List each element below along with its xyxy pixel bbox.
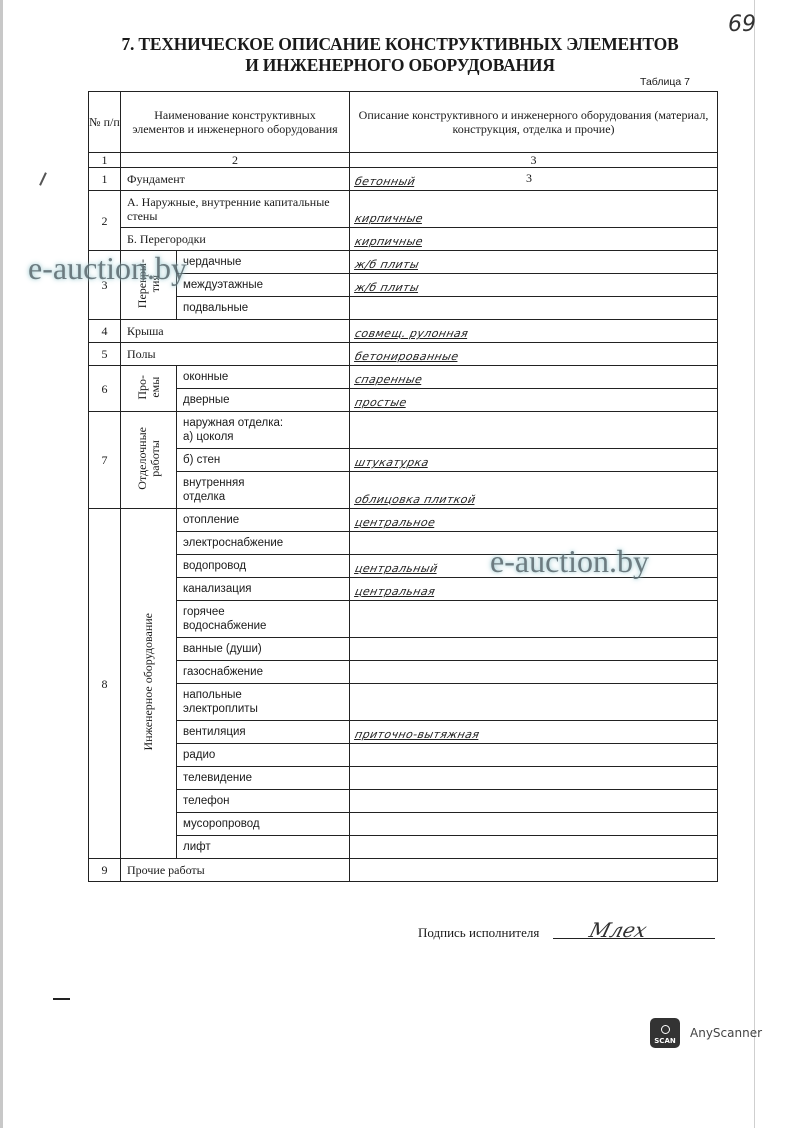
table-row: дверные простые (89, 389, 718, 412)
table-row: внутренняя отделка облицовка плиткой (89, 472, 718, 509)
row-value: спаренные (350, 366, 718, 389)
table-row: Б. Перегородки кирпичные (89, 228, 718, 251)
row-value (350, 744, 718, 767)
header-num: № п/п (89, 92, 121, 153)
handwritten-value: бетонный (354, 175, 417, 189)
table-row: горячее водоснабжение (89, 601, 718, 638)
handwritten-value: ж/б плиты (354, 258, 421, 272)
page-number: 69 (728, 12, 756, 37)
scanner-logo-icon: SCAN (650, 1018, 680, 1048)
document-title: 7. ТЕХНИЧЕСКОЕ ОПИСАНИЕ КОНСТРУКТИВНЫХ Э… (100, 34, 700, 76)
row-name: междуэтажные (177, 274, 350, 297)
table-row: вентиляцияприточно-вытяжная (89, 721, 718, 744)
title-line-2: И ИНЖЕНЕРНОГО ОБОРУДОВАНИЯ (100, 55, 700, 76)
row-num: 4 (89, 320, 121, 343)
row-num: 9 (89, 859, 121, 882)
row-name: подвальные (177, 297, 350, 320)
row-name: канализация (177, 578, 350, 601)
table-row: телефон (89, 790, 718, 813)
row-name: электроснабжение (177, 532, 350, 555)
row-name: б) стен (177, 449, 350, 472)
row-num: 2 (89, 191, 121, 251)
row-value: бетонированные (350, 343, 718, 366)
row-num: 1 (89, 168, 121, 191)
handwritten-value: приточно-вытяжная (354, 728, 481, 742)
handwritten-value: центральное (354, 516, 437, 530)
title-line-1: 7. ТЕХНИЧЕСКОЕ ОПИСАНИЕ КОНСТРУКТИВНЫХ Э… (100, 34, 700, 55)
row-name: газоснабжение (177, 661, 350, 684)
row-num: 7 (89, 412, 121, 509)
row-name: оконные (177, 366, 350, 389)
handwritten-value: центральная (354, 585, 437, 599)
group-label: Инженерное оборудование (121, 509, 177, 859)
table-row: ванные (души) (89, 638, 718, 661)
stray-number: 3 (526, 171, 532, 185)
stray-mark (53, 998, 70, 1000)
table-row: радио (89, 744, 718, 767)
row-value (350, 638, 718, 661)
handwritten-value: облицовка плиткой (354, 493, 477, 507)
signature: Млех (587, 918, 650, 942)
row-value (350, 412, 718, 449)
table-row: 4 Крыша совмещ. рулонная (89, 320, 718, 343)
row-num: 8 (89, 509, 121, 859)
handwritten-value: кирпичные (354, 235, 425, 249)
table-row: 8Инженерное оборудованиеотоплениецентрал… (89, 509, 718, 532)
group-label: Отделочные работы (121, 412, 177, 509)
table-row: 2 А. Наружные, внутренние капитальные ст… (89, 191, 718, 228)
row-value: приточно-вытяжная (350, 721, 718, 744)
table-row: канализацияцентральная (89, 578, 718, 601)
row-name: Фундамент (121, 168, 350, 191)
handwritten-value: простые (354, 396, 409, 410)
table-row: 5 Полы бетонированные (89, 343, 718, 366)
row-value (350, 767, 718, 790)
row-value (350, 684, 718, 721)
row-value: кирпичные (350, 191, 718, 228)
table-row: телевидение (89, 767, 718, 790)
table-row: 6 Про- емы оконные спаренные (89, 366, 718, 389)
row-value: простые (350, 389, 718, 412)
row-name: Б. Перегородки (121, 228, 350, 251)
row-value (350, 859, 718, 882)
row-num: 5 (89, 343, 121, 366)
header-name: Наименование конструктивных элементов и … (121, 92, 350, 153)
handwritten-value: бетонированные (354, 350, 460, 364)
row-value: бетонный3 (350, 168, 718, 191)
table-row: мусоропровод (89, 813, 718, 836)
row-name: горячее водоснабжение (177, 601, 350, 638)
row-name: чердачные (177, 251, 350, 274)
header-description: Описание конструктивного и инженерного о… (350, 92, 718, 153)
group-label-text: Про- емы (136, 375, 162, 400)
table-row: лифт (89, 836, 718, 859)
row-value (350, 297, 718, 320)
table-row: б) стен штукатурка (89, 449, 718, 472)
handwritten-value: кирпичные (354, 212, 425, 226)
group-label: Про- емы (121, 366, 177, 412)
row-value (350, 661, 718, 684)
row-name: радио (177, 744, 350, 767)
page-edge-right (754, 0, 755, 1128)
header-row: № п/п Наименование конструктивных элемен… (89, 92, 718, 153)
scanner-watermark: SCAN AnyScanner (650, 1018, 762, 1048)
row-name: Прочие работы (121, 859, 350, 882)
scanner-name: AnyScanner (690, 1026, 762, 1040)
table-row: 7 Отделочные работы наружная отделка: а)… (89, 412, 718, 449)
row-value (350, 601, 718, 638)
index-row: 1 2 3 (89, 153, 718, 168)
row-name: отопление (177, 509, 350, 532)
watermark: e-auction.by (490, 543, 649, 580)
table-label: Таблица 7 (640, 76, 690, 88)
handwritten-value: центральный (354, 562, 440, 576)
row-name: Крыша (121, 320, 350, 343)
table-row: подвальные (89, 297, 718, 320)
row-name: телефон (177, 790, 350, 813)
group-label-text: Инженерное оборудование (142, 613, 155, 751)
row-name: наружная отделка: а) цоколя (177, 412, 350, 449)
row-name: Полы (121, 343, 350, 366)
index-2: 2 (121, 153, 350, 168)
row-value (350, 813, 718, 836)
row-value: центральное (350, 509, 718, 532)
row-name: напольные электроплиты (177, 684, 350, 721)
row-name: ванные (души) (177, 638, 350, 661)
row-name: телевидение (177, 767, 350, 790)
handwritten-value: совмещ. рулонная (354, 327, 470, 341)
handwritten-value: штукатурка (354, 456, 431, 470)
row-name: лифт (177, 836, 350, 859)
row-value: ж/б плиты (350, 251, 718, 274)
row-value: кирпичные (350, 228, 718, 251)
handwritten-value: спаренные (354, 373, 424, 387)
table-row: 1 Фундамент бетонный3 (89, 168, 718, 191)
signature-label: Подпись исполнителя (418, 925, 539, 941)
page-edge-left (0, 0, 3, 1128)
stray-mark (39, 172, 47, 186)
row-name: вентиляция (177, 721, 350, 744)
row-value: совмещ. рулонная (350, 320, 718, 343)
table-row: напольные электроплиты (89, 684, 718, 721)
row-name: А. Наружные, внутренние капитальные стен… (121, 191, 350, 228)
index-3: 3 (350, 153, 718, 168)
row-name: мусоропровод (177, 813, 350, 836)
row-value: облицовка плиткой (350, 472, 718, 509)
handwritten-value: ж/б плиты (354, 281, 421, 295)
row-value (350, 790, 718, 813)
watermark: e-auction.by (28, 250, 187, 287)
row-num: 6 (89, 366, 121, 412)
row-value: штукатурка (350, 449, 718, 472)
row-name: дверные (177, 389, 350, 412)
row-value (350, 836, 718, 859)
table-row: газоснабжение (89, 661, 718, 684)
table-row: 9 Прочие работы (89, 859, 718, 882)
technical-description-table: № п/п Наименование конструктивных элемен… (88, 91, 718, 882)
index-1: 1 (89, 153, 121, 168)
row-value: ж/б плиты (350, 274, 718, 297)
row-name: водопровод (177, 555, 350, 578)
row-name: внутренняя отделка (177, 472, 350, 509)
group-label-text: Отделочные работы (136, 427, 162, 490)
scanner-logo-text: SCAN (654, 1037, 675, 1045)
row-value: центральная (350, 578, 718, 601)
